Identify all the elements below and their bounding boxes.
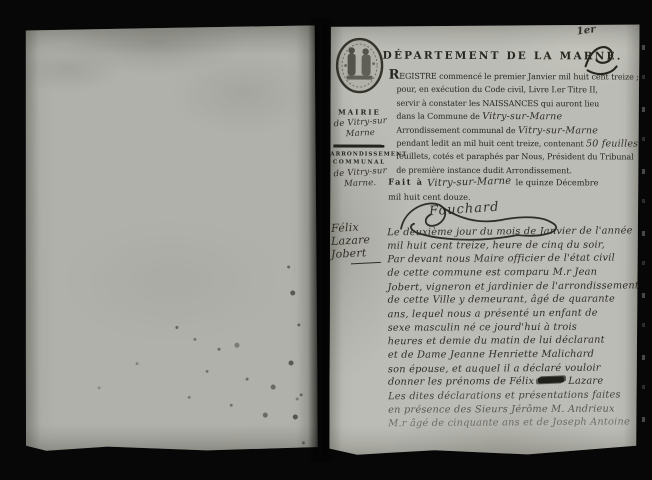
- margin-name-dash: [351, 262, 381, 264]
- act-text: donner les prénoms de Félix: [388, 376, 534, 388]
- preamble-line: feuillets, cotés et paraphés par Nous, P…: [388, 150, 638, 164]
- preamble-line: pour, en exécution du Code civil, Livre …: [389, 83, 639, 97]
- child-surname: Jobert: [331, 245, 389, 261]
- left-page-blank: [24, 25, 318, 451]
- act-line: de cette Ville y demeurant, âgé de quara…: [388, 293, 642, 308]
- arrondissement-place: Marne.: [332, 178, 388, 190]
- handwritten-fill-in: Vitry-sur-Marne: [518, 125, 598, 136]
- fait-line: Fait àVitry-sur-Marnele quinze Décembre: [388, 175, 638, 191]
- printed-preamble: REGISTRE commencé le premier Janvier mil…: [388, 69, 638, 178]
- preamble-line: REGISTRE commencé le premier Janvier mil…: [389, 69, 639, 84]
- act-line: ans, lequel nous a présenté un enfant de: [388, 306, 642, 322]
- arrondissement-label: ARRONDISSEMENT: [330, 151, 388, 157]
- margin-divider-rule: [333, 144, 384, 147]
- fait-date: le quinze Décembre: [516, 177, 599, 187]
- folio-number: 1er: [576, 24, 597, 38]
- page-stack-edge-marks: [642, 45, 645, 435]
- mairie-place: Marne: [332, 127, 388, 140]
- act-line-with-scratch: donner les prénoms de FélixLazare: [388, 375, 642, 390]
- preamble-line: Arrondissement communal de Vitry-sur-Mar…: [388, 123, 638, 137]
- ink-bleedthrough-spots: [287, 265, 290, 268]
- act-line: Jobert, vigneron et jardinier de l'arron…: [387, 279, 641, 295]
- arrondissement-label: COMMUNAL: [330, 159, 388, 165]
- preamble-line: servir à constater les NAISSANCES qui au…: [388, 96, 638, 110]
- printed-text: Arrondissement communal de: [396, 125, 515, 134]
- printed-text: dans la Commune de: [396, 112, 479, 121]
- ink-bleedthrough-spots: [175, 326, 178, 329]
- ink-scribble-redaction: [538, 377, 564, 384]
- act-line: Le deuxième jour du mois de Janvier de l…: [387, 224, 641, 240]
- act-line: son épouse, et auquel il a déclaré voulo…: [388, 361, 642, 377]
- act-line: M.r âgé de cinquante ans et de Joseph An…: [388, 415, 642, 431]
- act-text: Lazare: [568, 376, 603, 387]
- act-margin-child-name: Félix Lazare Jobert: [331, 220, 388, 263]
- fait-place-handwritten: Vitry-sur-Marne: [427, 175, 512, 192]
- act-line: heures et demie du matin de lui déclaran…: [388, 334, 642, 350]
- register-book-scan: DÉPARTEMENT DE LA MARNE. 1er MAIRIE de V…: [0, 0, 652, 480]
- act-line: et de Dame Jeanne Henriette Malichard: [388, 347, 642, 362]
- handwritten-fill-in: Vitry-sur-Marne: [482, 111, 562, 122]
- fait-label: Fait à: [388, 177, 423, 187]
- preamble-line: pendant ledit an mil huit cent treize, c…: [388, 137, 638, 151]
- act-line: Par devant nous Maire officier de l'état…: [387, 252, 641, 268]
- preamble-line: dans la Commune de Vitry-sur-Marne: [388, 110, 638, 124]
- printed-text: pendant ledit an mil huit cent treize, c…: [396, 139, 583, 149]
- birth-act-body: Le deuxième jour du mois de Janvier de l…: [387, 224, 642, 430]
- revenue-stamp-seal-icon: [333, 35, 385, 99]
- right-page-register: DÉPARTEMENT DE LA MARNE. 1er MAIRIE de V…: [329, 23, 641, 456]
- act-line: de cette commune est comparu M.r Jean: [387, 265, 641, 280]
